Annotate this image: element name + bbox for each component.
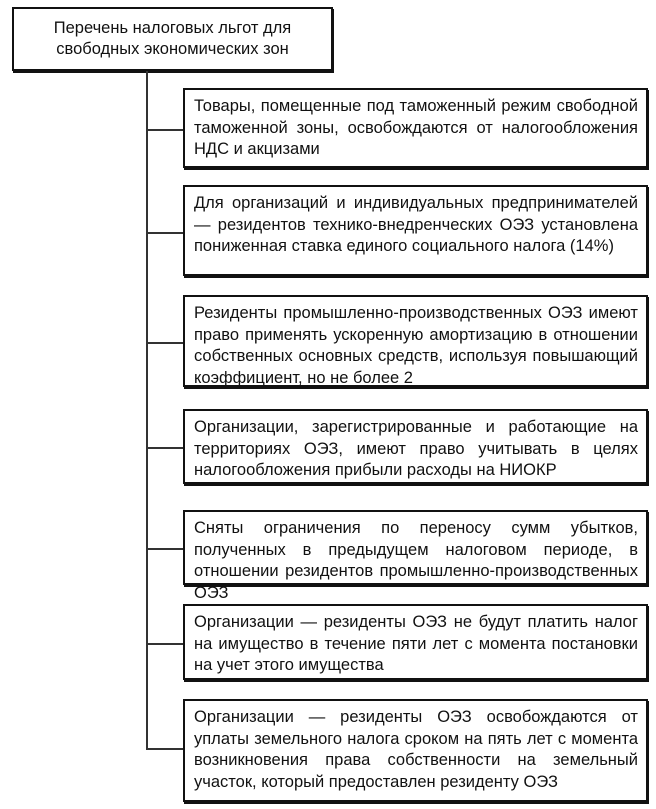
benefit-node-depreciation: Резиденты промышленно-производственных О…: [183, 295, 648, 387]
branch-connector: [146, 748, 183, 750]
benefit-text: Организации, зарегистрированные и работа…: [194, 418, 638, 479]
benefit-text: Товары, помещенные под таможенный режим …: [194, 97, 638, 158]
benefit-node-property-tax: Организации — резиденты ОЭЗ не будут пла…: [183, 604, 648, 680]
benefit-node-losses: Сняты ограничения по переносу сумм убытк…: [183, 510, 648, 585]
branch-connector: [146, 548, 183, 550]
benefit-text: Организации — резиденты ОЭЗ не будут пла…: [194, 613, 638, 674]
benefit-text: Сняты ограничения по переносу сумм убытк…: [194, 519, 638, 602]
root-node: Перечень налоговых льгот для свободных э…: [12, 7, 333, 71]
root-title-line1: Перечень налоговых льгот для: [54, 19, 292, 37]
benefit-node-social-tax: Для организаций и индивидуальных предпри…: [183, 185, 648, 276]
benefit-node-customs: Товары, помещенные под таможенный режим …: [183, 88, 648, 168]
root-title: Перечень налоговых льгот для свободных э…: [54, 18, 292, 60]
branch-connector: [146, 447, 183, 449]
branch-connector: [146, 643, 183, 645]
branch-connector: [146, 129, 183, 131]
benefit-text: Организации — резиденты ОЭЗ освобождаютс…: [194, 708, 638, 791]
branch-connector: [146, 342, 183, 344]
branch-connector: [146, 232, 183, 234]
trunk-connector: [146, 71, 148, 749]
benefit-node-rnd: Организации, зарегистрированные и работа…: [183, 409, 648, 484]
benefit-node-land-tax: Организации — резиденты ОЭЗ освобождаютс…: [183, 699, 648, 802]
benefit-text: Для организаций и индивидуальных предпри…: [194, 194, 638, 255]
benefit-text: Резиденты промышленно-производственных О…: [194, 304, 638, 387]
root-title-line2: свободных экономических зон: [56, 40, 289, 58]
